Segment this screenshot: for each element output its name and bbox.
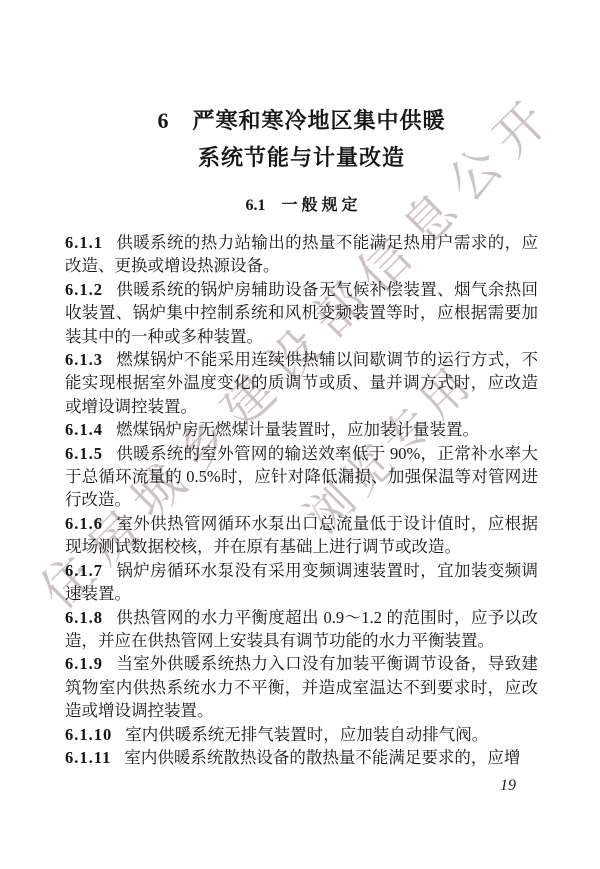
clause-6-1-10: 6.1.10室内供暖系统无排气装置时，应加装自动排气阀。 [65,723,538,746]
clause-text: 燃煤锅炉不能采用连续供热辅以间歇调节的运行方式，不能实现根据室外温度变化的质调节… [65,350,538,416]
clause-number: 6.1.1 [65,233,116,252]
clause-text: 燃煤锅炉房无燃煤计量装置时，应加装计量装置。 [116,420,479,439]
clause-text: 室内供暖系统无排气装置时，应加装自动排气阀。 [125,725,488,744]
clause-number: 6.1.8 [65,608,116,627]
chapter-title-line2: 系统节能与计量改造 [65,139,538,176]
clause-text: 室内供暖系统散热设备的散热量不能满足要求的，应增 [124,748,520,767]
clause-text: 供暖系统的室外管网的输送效率低于 90%，正常补水率大于总循环流量的 0.5%时… [65,444,538,510]
clause-list: 6.1.1供暖系统的热力站输出的热量不能满足热用户需求的，应改造、更换或增设热源… [65,231,538,769]
clause-number: 6.1.10 [65,725,125,744]
clause-number: 6.1.7 [65,561,116,580]
clause-number: 6.1.2 [65,280,116,299]
clause-6-1-7: 6.1.7锅炉房循环水泵没有采用变频调速装置时，宜加装变频调速装置。 [65,559,538,606]
clause-text: 当室外供暖系统热力入口没有加装平衡调节设备，导致建筑物室内供热系统水力不平衡，并… [65,654,538,720]
clause-6-1-1: 6.1.1供暖系统的热力站输出的热量不能满足热用户需求的，应改造、更换或增设热源… [65,231,538,278]
clause-text: 供暖系统的热力站输出的热量不能满足热用户需求的，应改造、更换或增设热源设备。 [65,233,538,275]
clause-text: 供暖系统的锅炉房辅助设备无气候补偿装置、烟气余热回收装置、锅炉集中控制系统和风机… [65,280,538,346]
clause-6-1-11: 6.1.11室内供暖系统散热设备的散热量不能满足要求的，应增 [65,746,538,769]
page-content: 6 严寒和寒冷地区集中供暖 系统节能与计量改造 6.1 一 般 规 定 6.1.… [65,0,538,796]
clause-6-1-4: 6.1.4燃煤锅炉房无燃煤计量装置时，应加装计量装置。 [65,418,538,441]
clause-6-1-3: 6.1.3燃煤锅炉不能采用连续供热辅以间歇调节的运行方式，不能实现根据室外温度变… [65,348,538,418]
page-number: 19 [65,776,538,796]
clause-6-1-2: 6.1.2供暖系统的锅炉房辅助设备无气候补偿装置、烟气余热回收装置、锅炉集中控制… [65,278,538,348]
clause-6-1-6: 6.1.6室外供热管网循环水泵出口总流量低于设计值时，应根据现场测试数据校核，并… [65,512,538,559]
clause-number: 6.1.9 [65,654,116,673]
clause-6-1-9: 6.1.9当室外供暖系统热力入口没有加装平衡调节设备，导致建筑物室内供热系统水力… [65,652,538,722]
chapter-title-line1: 6 严寒和寒冷地区集中供暖 [65,102,538,139]
clause-text: 供热管网的水力平衡度超出 0.9～1.2 的范围时，应予以改造，并应在供热管网上… [65,608,538,650]
chapter-title: 6 严寒和寒冷地区集中供暖 系统节能与计量改造 [65,102,538,176]
section-heading: 6.1 一 般 规 定 [65,196,538,216]
clause-number: 6.1.5 [65,444,116,463]
clause-number: 6.1.6 [65,514,116,533]
clause-text: 锅炉房循环水泵没有采用变频调速装置时，宜加装变频调速装置。 [65,561,538,603]
clause-text: 室外供热管网循环水泵出口总流量低于设计值时，应根据现场测试数据校核，并在原有基础… [65,514,538,556]
clause-6-1-8: 6.1.8供热管网的水力平衡度超出 0.9～1.2 的范围时，应予以改造，并应在… [65,606,538,653]
clause-number: 6.1.11 [65,748,124,767]
clause-number: 6.1.3 [65,350,116,369]
clause-6-1-5: 6.1.5供暖系统的室外管网的输送效率低于 90%，正常补水率大于总循环流量的 … [65,442,538,512]
document-page: 住房城乡建设部信息公开 浏览专用 6 严寒和寒冷地区集中供暖 系统节能与计量改造… [0,0,600,869]
clause-number: 6.1.4 [65,420,116,439]
